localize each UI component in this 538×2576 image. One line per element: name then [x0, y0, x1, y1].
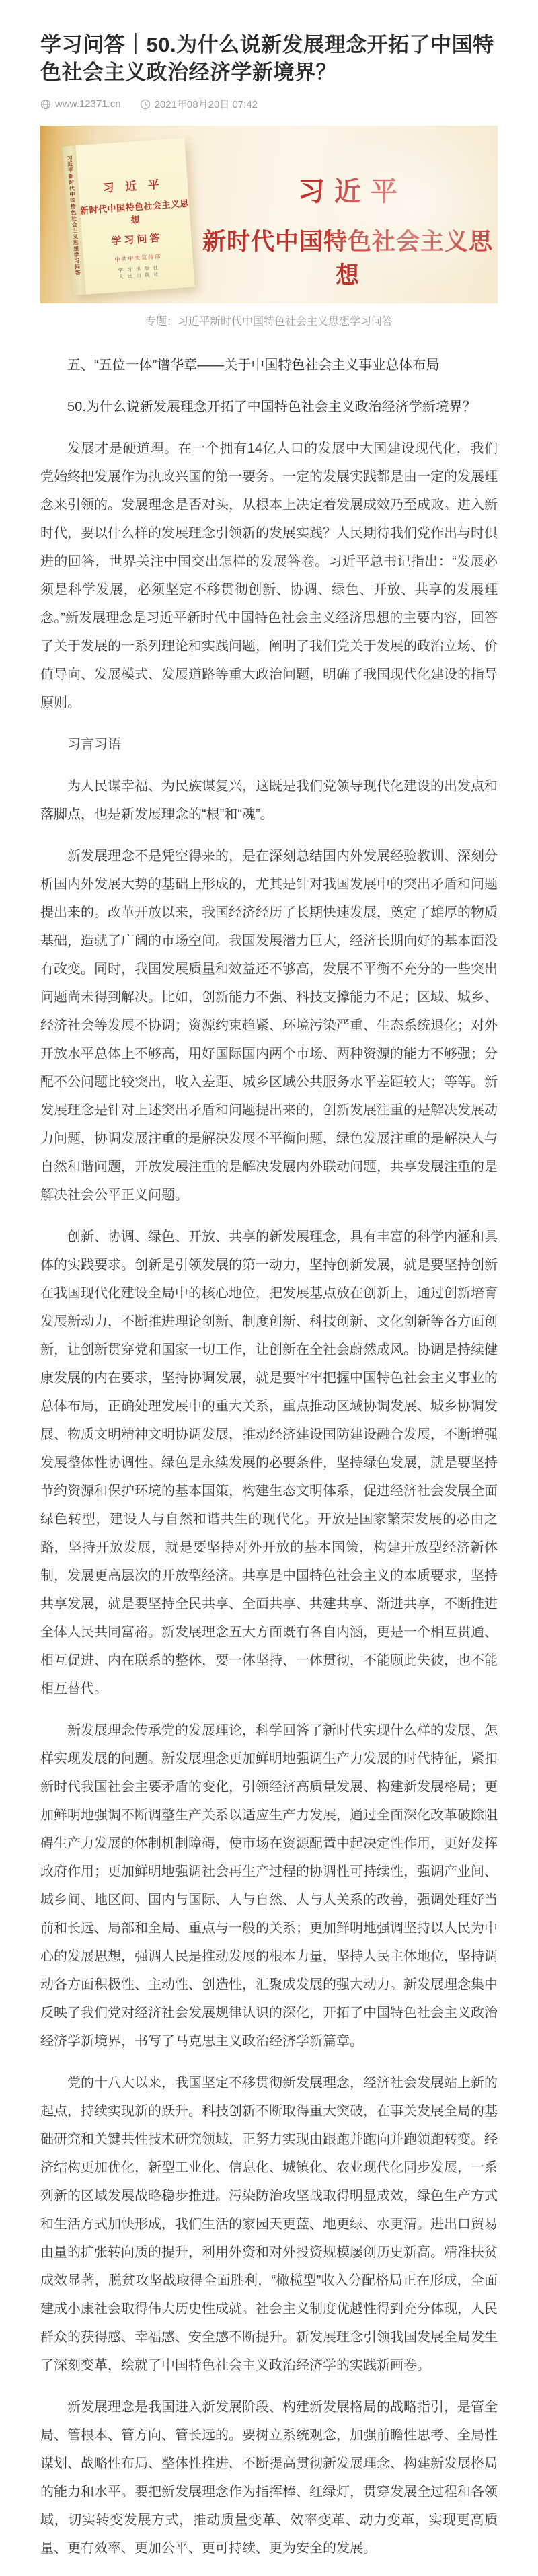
quote-text: 为人民谋幸福、为民族谋复兴，这既是我们党领导现代化建设的出发点和落脚点，也是新发…	[40, 772, 498, 829]
source-text: www.12371.cn	[55, 98, 121, 110]
page-title: 学习问答｜50.为什么说新发展理念开拓了中国特色社会主义政治经济学新境界？	[40, 31, 498, 86]
quote-label: 习言习语	[40, 730, 498, 759]
intro-paragraph: 发展才是硬道理。在一个拥有14亿人口的发展中大国建设现代化，我们党始终把发展作为…	[40, 434, 498, 717]
banner-image: 习近平新时代中国特色社会主义思想学习问答 习 近 平 新时代中国特色社会主义思想…	[40, 126, 498, 303]
datetime-item: 2021年08月20日 07:42	[140, 97, 258, 111]
datetime-text: 2021年08月20日 07:42	[155, 97, 258, 111]
body-paragraph: 党的十八大以来，我国坚定不移贯彻新发展理念，经济社会发展站上新的起点，持续实现新…	[40, 2069, 498, 2380]
book-cover-graphic: 习近平新时代中国特色社会主义思想学习问答 习 近 平 新时代中国特色社会主义思想…	[62, 138, 194, 295]
body-paragraph: 创新、协调、绿色、开放、共享的新发展理念，具有丰富的科学内涵和具体的实践要求。创…	[40, 1223, 498, 1703]
banner-headlines: 习近平 新时代中国特色社会主义思想 学习问答	[202, 170, 494, 303]
banner-headline-2: 新时代中国特色社会主义思想	[202, 223, 494, 291]
body-paragraph: 新发展理念传承党的发展理论，科学回答了新时代实现什么样的发展、怎样实现发展的问题…	[40, 1716, 498, 2055]
article-meta: www.12371.cn 2021年08月20日 07:42	[40, 97, 498, 111]
section-heading: 五、“五位一体”谱华章——关于中国特色社会主义事业总体布局	[40, 351, 498, 379]
body-paragraph: 新发展理念是我国进入新发展阶段、构建新发展格局的战略指引，是管全局、管根本、管方…	[40, 2393, 498, 2563]
article: 学习问答｜50.为什么说新发展理念开拓了中国特色社会主义政治经济学新境界？ ww…	[40, 0, 498, 2563]
banner-headline-1: 习近平	[202, 170, 494, 209]
book-publisher-text: 学 习 出 版 社 人 民 出 版 社	[84, 262, 194, 283]
globe-icon	[40, 99, 51, 110]
banner-headline-3: 学习问答	[202, 301, 494, 303]
book-title-line1: 习 近 平	[78, 173, 188, 197]
clock-icon	[140, 99, 151, 110]
article-content: 五、“五位一体”谱华章——关于中国特色社会主义事业总体布局 50.为什么说新发展…	[40, 351, 498, 2563]
book-title-line3: 学习问答	[82, 229, 192, 250]
body-paragraph: 新发展理念不是凭空得来的，是在深刻总结国内外发展经验教训、深刻分析国内外发展大势…	[40, 842, 498, 1209]
question-heading: 50.为什么说新发展理念开拓了中国特色社会主义政治经济学新境界？	[40, 393, 498, 421]
source-item: www.12371.cn	[40, 98, 121, 110]
book-front-cover: 习 近 平 新时代中国特色社会主义思想 学习问答 中共中央宣传部 学 习 出 版…	[75, 138, 194, 295]
topic-caption-link[interactable]: 专题：习近平新时代中国特色社会主义思想学习问答	[40, 313, 498, 328]
book-title-line2: 新时代中国特色社会主义思想	[79, 196, 190, 229]
